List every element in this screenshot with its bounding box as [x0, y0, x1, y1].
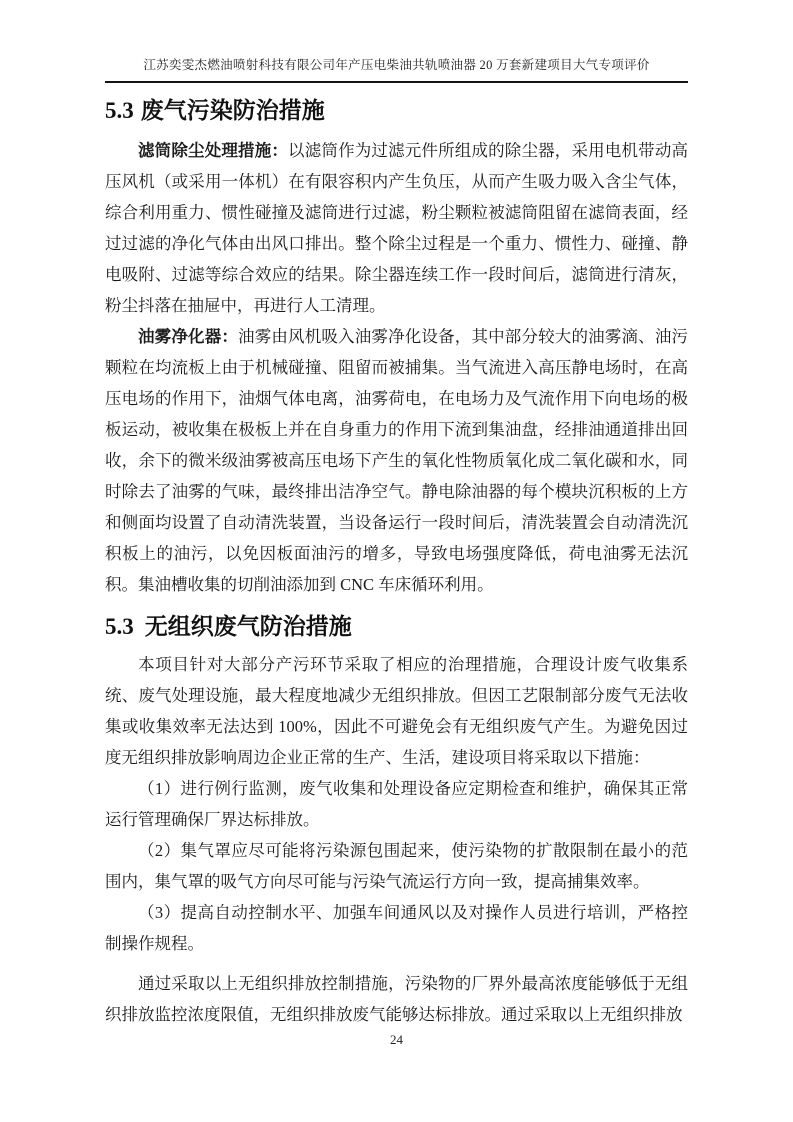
header-rule	[105, 81, 688, 83]
section-heading-number: 5.3	[105, 98, 134, 123]
measure-item-1: （1）进行例行监测，废气收集和处理设备应定期检查和维护，确保其正常运行管理确保厂…	[105, 773, 688, 835]
section-heading-number: 5.3	[105, 614, 134, 639]
paragraph-text-filter-cartridge: 以滤筒作为过滤元件所组成的除尘器，采用电机带动高压风机（或采用一体机）在有限容积…	[105, 141, 688, 315]
page-number: 24	[390, 1032, 403, 1047]
page-content: 江苏奕雯杰燃油喷射科技有限公司年产压电柴油共轨喷油器 20 万套新建项目大气专项…	[105, 0, 688, 1030]
paragraph-conclusion: 通过采取以上无组织排放控制措施，污染物的厂界外最高浓度能够低于无组织排放监控浓度…	[105, 968, 688, 1030]
paragraph-oil-mist-purifier: 油雾净化器：油雾由风机吸入油雾净化设备，其中部分较大的油雾滴、油污颗粒在均流板上…	[105, 321, 688, 600]
paragraph-fugitive-intro: 本项目针对大部分产污环节采取了相应的治理措施，合理设计废气收集系统、废气处理设施…	[105, 649, 688, 773]
paragraph-lead-filter-cartridge: 滤筒除尘处理措施：	[138, 141, 288, 160]
running-header-title: 江苏奕雯杰燃油喷射科技有限公司年产压电柴油共轨喷油器 20 万套新建项目大气专项…	[105, 57, 688, 74]
section-heading-fugitive-emission: 5.3无组织废气防治措施	[105, 612, 688, 642]
section-heading-title: 无组织废气防治措施	[145, 614, 352, 639]
measure-item-3: （3）提高自动控制水平、加强车间通风以及对操作人员进行培训，严格控制操作规程。	[105, 897, 688, 959]
running-header: 江苏奕雯杰燃油喷射科技有限公司年产压电柴油共轨喷油器 20 万套新建项目大气专项…	[105, 57, 688, 83]
section-heading-waste-gas-control: 5.3废气污染防治措施	[105, 96, 688, 126]
paragraph-filter-cartridge-dust: 滤筒除尘处理措施：以滤筒作为过滤元件所组成的除尘器，采用电机带动高压风机（或采用…	[105, 135, 688, 321]
measure-item-2: （2）集气罩应尽可能将污染源包围起来，使污染物的扩散限制在最小的范围内，集气罩的…	[105, 835, 688, 897]
page-footer: 24	[0, 1032, 793, 1048]
document-page: 江苏奕雯杰燃油喷射科技有限公司年产压电柴油共轨喷油器 20 万套新建项目大气专项…	[0, 0, 793, 1122]
paragraph-text-oil-mist: 油雾由风机吸入油雾净化设备，其中部分较大的油雾滴、油污颗粒在均流板上由于机械碰撞…	[105, 327, 688, 594]
section-heading-title: 废气污染防治措施	[141, 98, 325, 123]
paragraph-lead-oil-mist: 油雾净化器：	[138, 327, 238, 346]
